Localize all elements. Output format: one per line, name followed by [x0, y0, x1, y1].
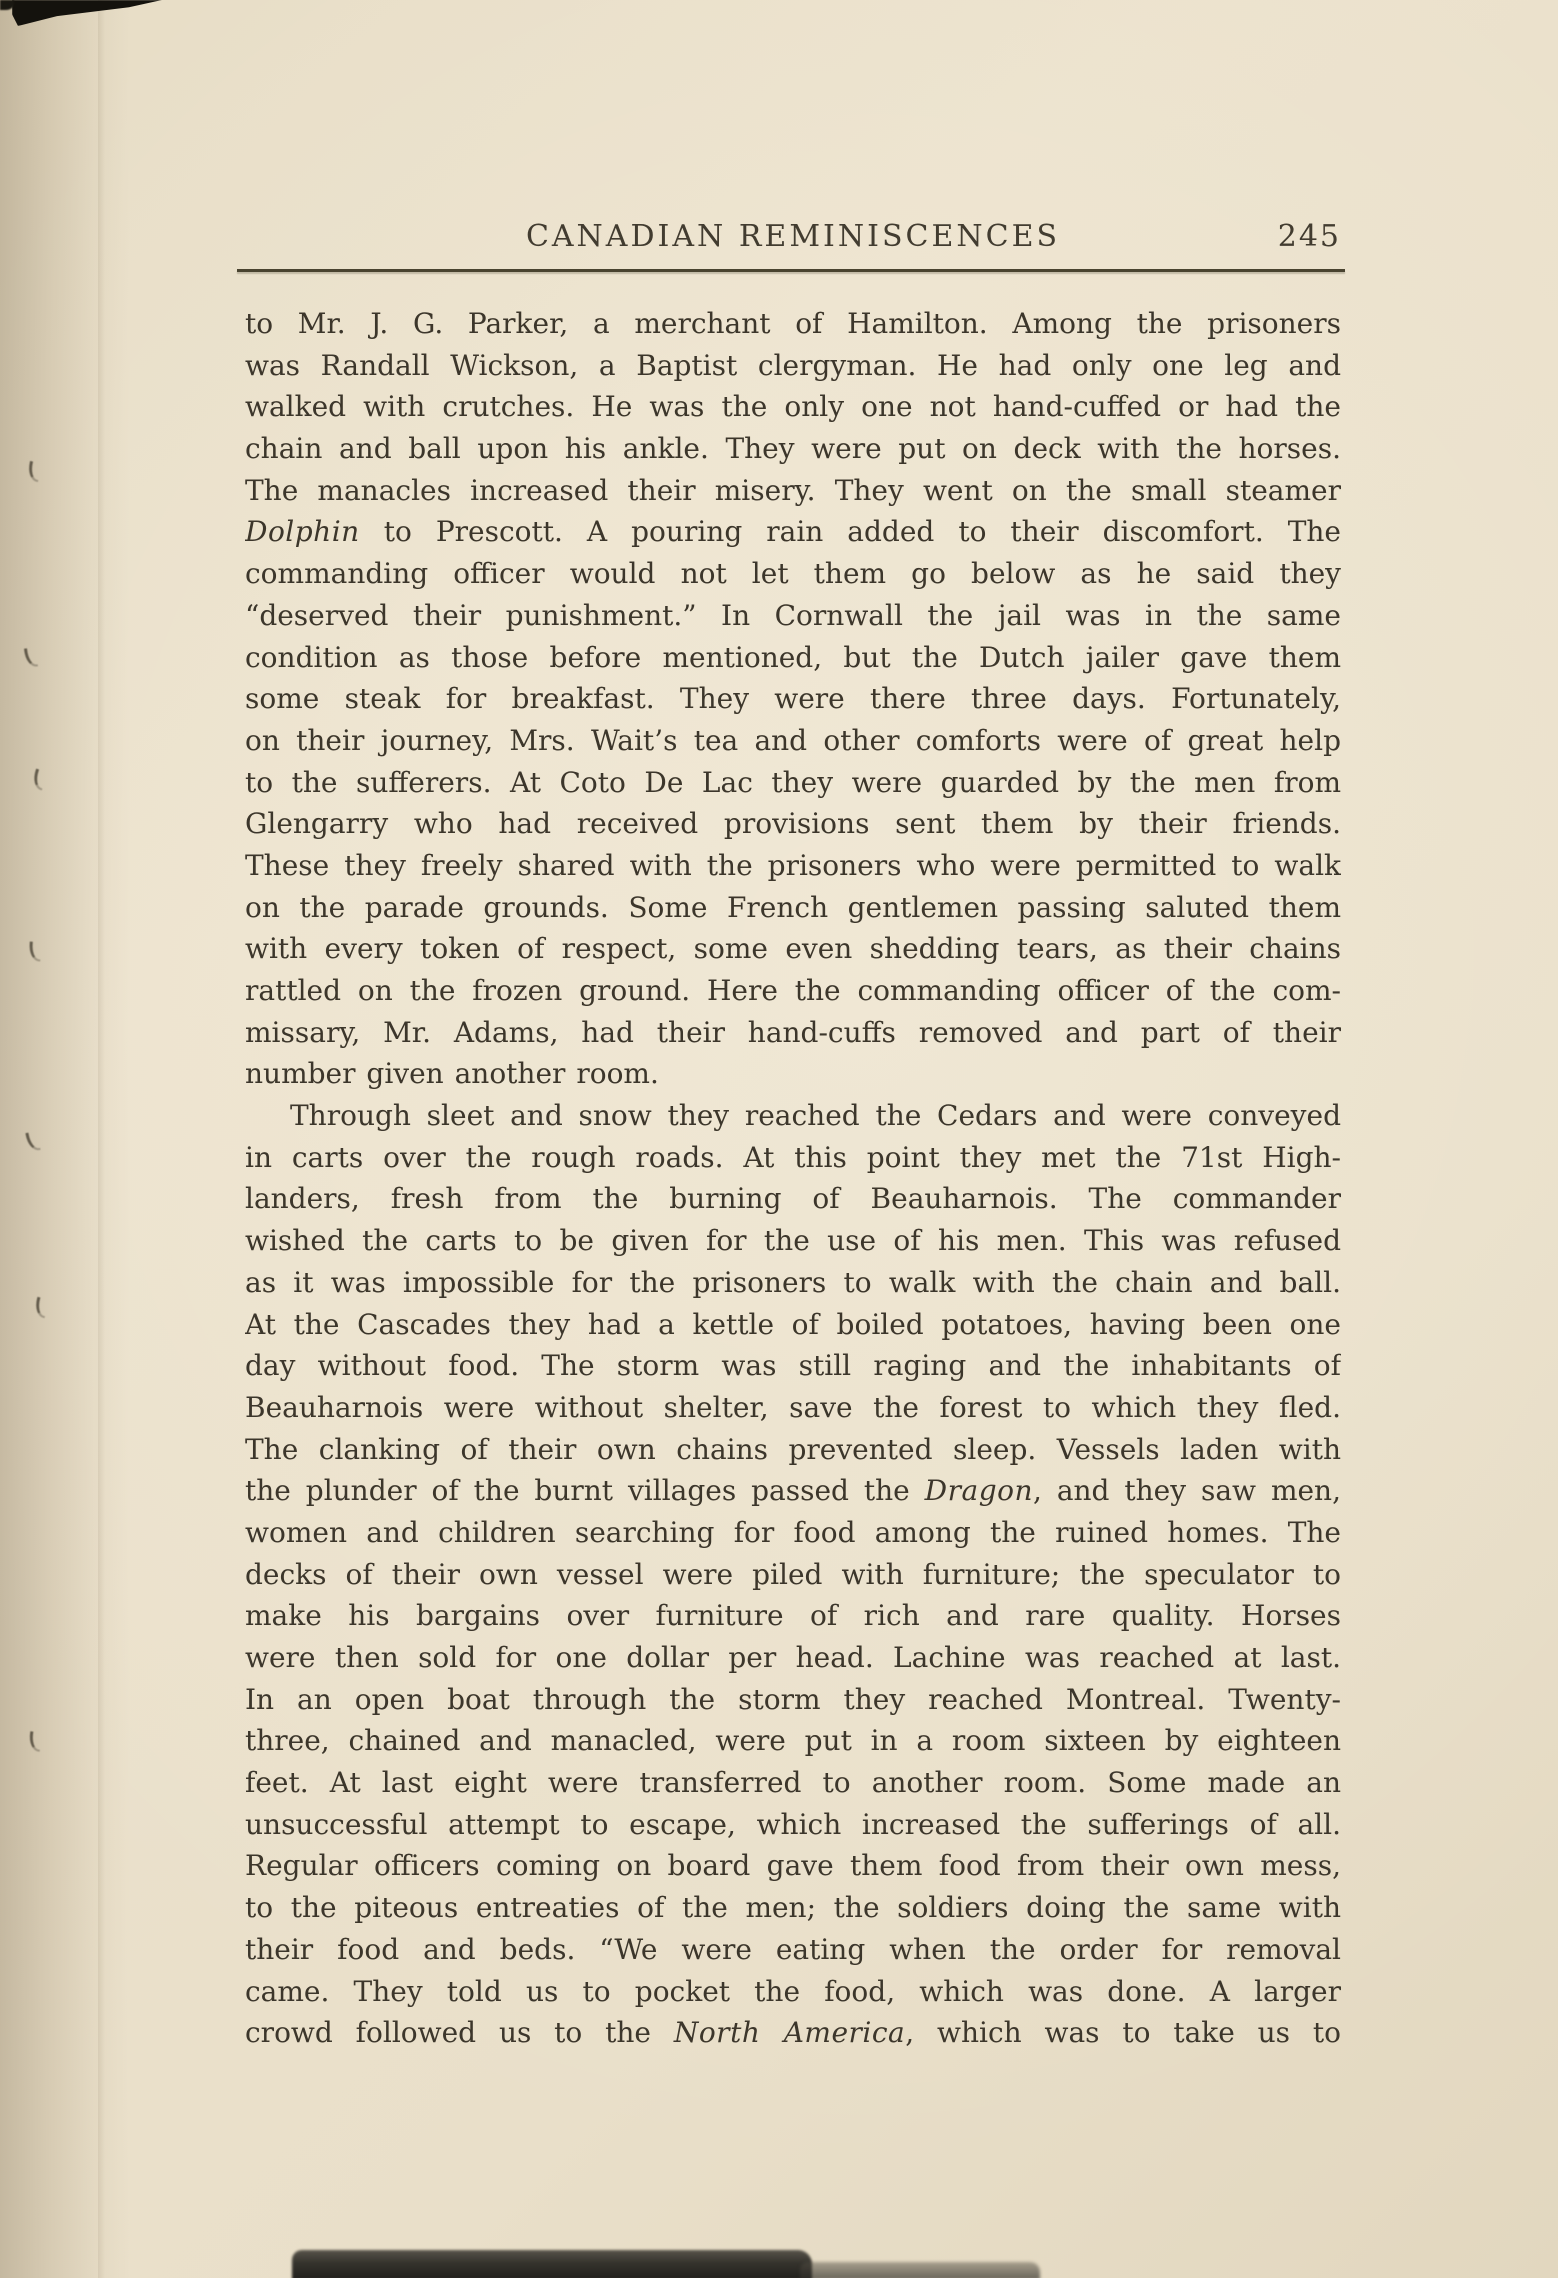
text-line: “deserved their punishment.” In Cornwall…: [245, 595, 1341, 637]
next-page-shadow-tail: [800, 2262, 1040, 2278]
text-line: number given another room.: [245, 1053, 1341, 1095]
text-line: crowd followed us to the North America, …: [245, 2012, 1341, 2054]
text-line: condition as those before mentioned, but…: [245, 637, 1341, 679]
text-line: some steak for breakfast. They were ther…: [245, 678, 1341, 720]
text-line: to the sufferers. At Coto De Lac they we…: [245, 762, 1341, 804]
text-line: was Randall Wickson, a Baptist clergyman…: [245, 345, 1341, 387]
text-line: on their journey, Mrs. Wait’s tea and ot…: [245, 720, 1341, 762]
text-line: the plunder of the burnt villages passed…: [245, 1470, 1341, 1512]
text-line: unsuccessful attempt to escape, which in…: [245, 1804, 1341, 1846]
text-line: their food and beds. “We were eating whe…: [245, 1929, 1341, 1971]
running-head-title: CANADIAN REMINISCENCES: [245, 219, 1341, 254]
text-line: women and children searching for food am…: [245, 1512, 1341, 1554]
text-line: The manacles increased their misery. The…: [245, 470, 1341, 512]
next-page-shadow: [292, 2250, 812, 2278]
text-line: to the piteous entreaties of the men; th…: [245, 1887, 1341, 1929]
text-line: The clanking of their own chains prevent…: [245, 1429, 1341, 1471]
book-page-scan: CANADIAN REMINISCENCES 245 to Mr. J. G. …: [0, 0, 1558, 2278]
text-line: walked with crutches. He was the only on…: [245, 386, 1341, 428]
text-line: Dolphin to Prescott. A pouring rain adde…: [245, 511, 1341, 553]
paragraph: to Mr. J. G. Parker, a merchant of Hamil…: [245, 303, 1341, 1095]
text-line: In an open boat through the storm they r…: [245, 1679, 1341, 1721]
text-line: came. They told us to pocket the food, w…: [245, 1971, 1341, 2013]
italic-ship-name: North America: [674, 2016, 905, 2049]
text-line: Regular officers coming on board gave th…: [245, 1845, 1341, 1887]
text-line: At the Cascades they had a kettle of boi…: [245, 1304, 1341, 1346]
text-line: to Mr. J. G. Parker, a merchant of Hamil…: [245, 303, 1341, 345]
text-line: feet. At last eight were transferred to …: [245, 1762, 1341, 1804]
text-line: Glengarry who had received provisions se…: [245, 803, 1341, 845]
text-line: rattled on the frozen ground. Here the c…: [245, 970, 1341, 1012]
page-number: 245: [1278, 219, 1341, 254]
paragraph: Through sleet and snow they reached the …: [245, 1095, 1341, 2054]
body-text: to Mr. J. G. Parker, a merchant of Hamil…: [245, 303, 1341, 2054]
text-line: landers, fresh from the burning of Beauh…: [245, 1178, 1341, 1220]
text-line: day without food. The storm was still ra…: [245, 1345, 1341, 1387]
text-line: make his bargains over furniture of rich…: [245, 1595, 1341, 1637]
text-line: as it was impossible for the prisoners t…: [245, 1262, 1341, 1304]
italic-ship-name: Dragon: [925, 1474, 1033, 1507]
italic-ship-name: Dolphin: [245, 515, 360, 548]
text-line: were then sold for one dollar per head. …: [245, 1637, 1341, 1679]
page-edge-line: [98, 0, 105, 2278]
text-line: in carts over the rough roads. At this p…: [245, 1137, 1341, 1179]
text-line: decks of their own vessel were piled wit…: [245, 1554, 1341, 1596]
text-line: chain and ball upon his ankle. They were…: [245, 428, 1341, 470]
text-line: missary, Mr. Adams, had their hand-cuffs…: [245, 1012, 1341, 1054]
text-line: Through sleet and snow they reached the …: [245, 1095, 1341, 1137]
text-line: with every token of respect, some even s…: [245, 928, 1341, 970]
text-line: These they freely shared with the prison…: [245, 845, 1341, 887]
binding-edge-shadow: [0, 0, 130, 2278]
text-line: three, chained and manacled, were put in…: [245, 1720, 1341, 1762]
text-line: wished the carts to be given for the use…: [245, 1220, 1341, 1262]
text-line: on the parade grounds. Some French gentl…: [245, 887, 1341, 929]
header-rule: [237, 269, 1345, 272]
text-line: Beauharnois were without shelter, save t…: [245, 1387, 1341, 1429]
text-line: commanding officer would not let them go…: [245, 553, 1341, 595]
